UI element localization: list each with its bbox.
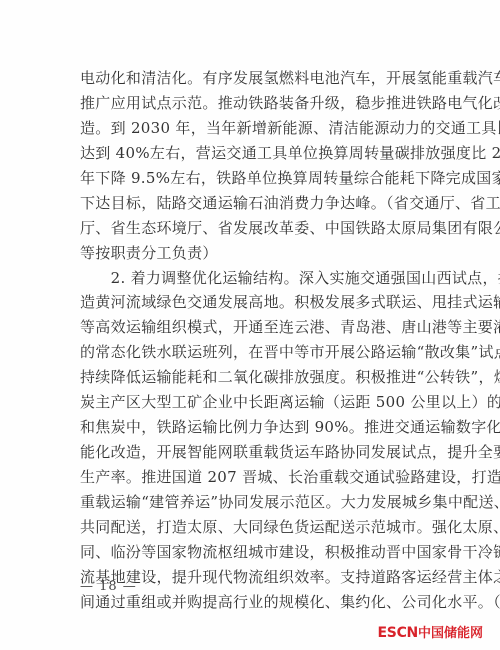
section-heading-line: 2. 着力调整优化运输结构。深入实施交通强国山西试点，打 bbox=[80, 266, 424, 291]
watermark-latin: ESCN bbox=[378, 625, 418, 641]
text-line: 造黄河流域绿色交通发展高地。积极发展多式联运、甩挂式运输 bbox=[80, 290, 424, 315]
watermark-logo: ESCN中国储能网 bbox=[378, 622, 483, 641]
text-line: 等按职责分工负责） bbox=[80, 241, 424, 266]
text-line: 共同配送，打造太原、大同绿色货运配送示范城市。强化太原、大 bbox=[80, 515, 424, 540]
text-line: 重载运输“建管养运”协同发展示范区。大力发展城乡集中配送、 bbox=[80, 490, 424, 515]
text-line: 下达目标，陆路交通运输石油消费力争达峰。（省交通厅、省工信 bbox=[80, 191, 424, 216]
text-line: 电动化和清洁化。有序发展氢燃料电池汽车，开展氢能重载汽车 bbox=[80, 66, 424, 91]
text-line: 能化改造，开展智能网联重载货运车路协同发展试点，提升全要素 bbox=[80, 440, 424, 465]
text-line: 等高效运输组织模式，开通至连云港、青岛港、唐山港等主要港口 bbox=[80, 315, 424, 340]
document-page: 电动化和清洁化。有序发展氢燃料电池汽车，开展氢能重载汽车 推广应用试点示范。推动… bbox=[0, 0, 500, 650]
watermark-chinese: 中国储能网 bbox=[418, 626, 483, 641]
page-number: — 18 — bbox=[80, 579, 137, 594]
text-line: 达到 40%左右，营运交通工具单位换算周转量碳排放强度比 2020 bbox=[80, 141, 424, 166]
text-line: 生产率。推进国道 207 晋城、长治重载交通试验路建设，打造全国 bbox=[80, 465, 424, 490]
text-line: 和焦炭中，铁路运输比例力争达到 90%。推进交通运输数字化智 bbox=[80, 415, 424, 440]
text-line: 推广应用试点示范。推动铁路装备升级，稳步推进铁路电气化改 bbox=[80, 91, 424, 116]
text-line: 年下降 9.5%左右，铁路单位换算周转量综合能耗下降完成国家 bbox=[80, 166, 424, 191]
text-line: 厅、省生态环境厅、省发展改革委、中国铁路太原局集团有限公司 bbox=[80, 216, 424, 241]
text-line: 造。到 2030 年，当年新增新能源、清洁能源动力的交通工具比例 bbox=[80, 116, 424, 141]
body-text: 电动化和清洁化。有序发展氢燃料电池汽车，开展氢能重载汽车 推广应用试点示范。推动… bbox=[80, 66, 424, 615]
text-line: 持续降低运输能耗和二氧化碳排放强度。积极推进“公转铁”，煤 bbox=[80, 365, 424, 390]
text-line: 同、临汾等国家物流枢纽城市建设，积极推动晋中国家骨干冷链物 bbox=[80, 540, 424, 565]
text-line: 炭主产区大型工矿企业中长距离运输（运距 500 公里以上）的煤炭 bbox=[80, 390, 424, 415]
text-line: 的常态化铁水联运班列，在晋中等市开展公路运输“散改集”试点， bbox=[80, 340, 424, 365]
